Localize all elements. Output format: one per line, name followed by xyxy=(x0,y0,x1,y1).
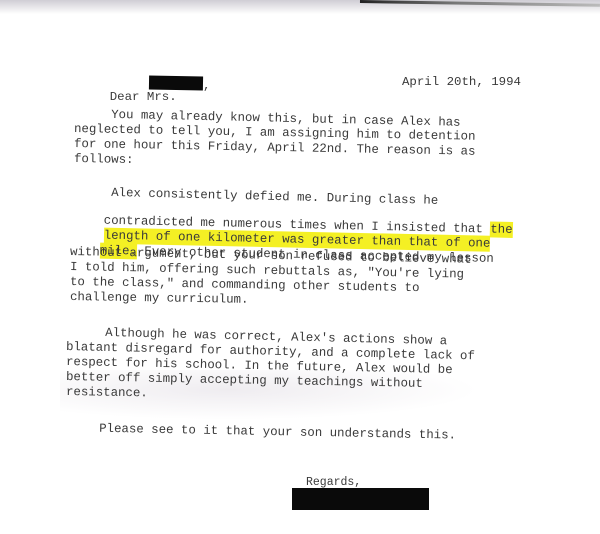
paragraph-1-line-4: follows: xyxy=(74,153,134,167)
paragraph-3-line-5: resistance. xyxy=(66,386,148,400)
redacted-signature xyxy=(292,488,429,510)
highlighted-text: the xyxy=(490,221,513,238)
redacted-recipient-name xyxy=(149,76,203,91)
paragraph-2-line-8: challenge my curriculum. xyxy=(70,291,249,307)
letter: Dear Mrs. , April 20th, 1994 You may alr… xyxy=(0,0,600,534)
salutation-text: Dear Mrs. xyxy=(110,90,177,104)
letter-date: April 20th, 1994 xyxy=(402,76,521,89)
paragraph-4: Please see to it that your son understan… xyxy=(62,422,456,443)
salutation-comma: , xyxy=(203,80,210,93)
